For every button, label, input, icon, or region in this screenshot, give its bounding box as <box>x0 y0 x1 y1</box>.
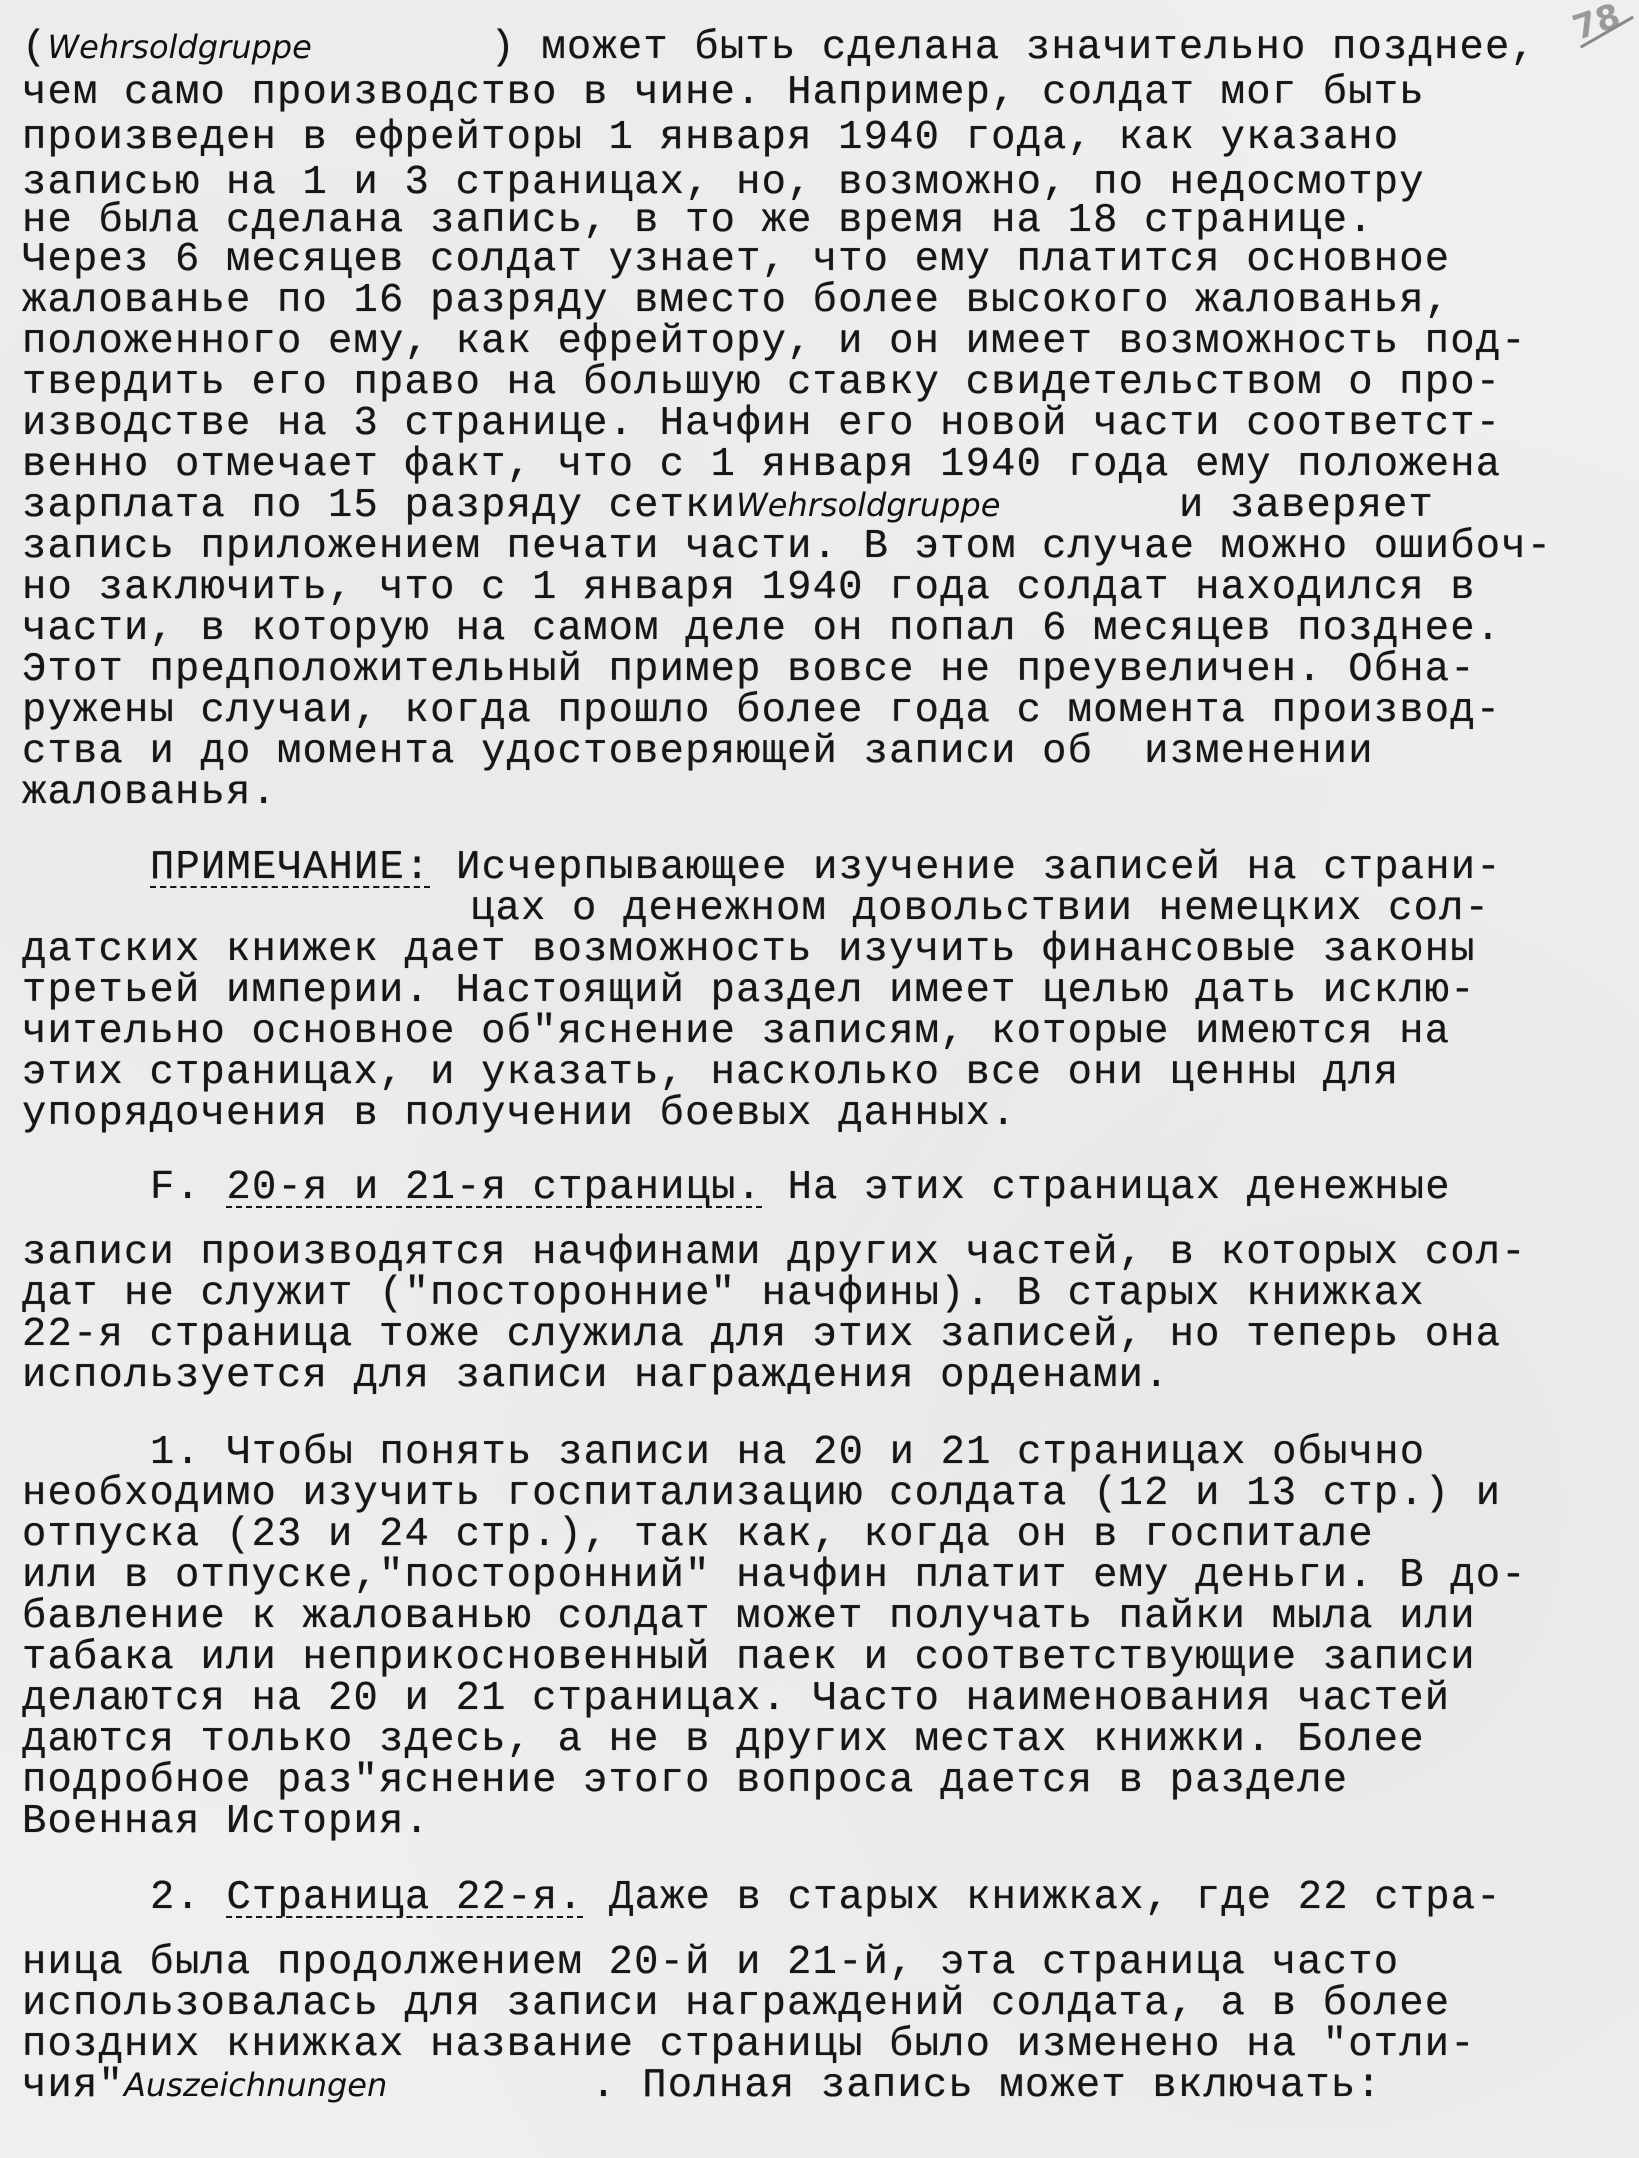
text-line: поздних книжках название страницы было и… <box>22 2025 1476 2066</box>
section-heading-line: F. 20-я и 21-я страницы. На этих страниц… <box>150 1168 1451 1209</box>
text-line: датских книжек дает возможность изучить … <box>22 930 1476 971</box>
text-line: необходимо изучить госпитализацию солдат… <box>22 1474 1501 1515</box>
note-label: ПРИМЕЧАНИЕ: <box>150 845 431 891</box>
text-line: третьей империи. Настоящий раздел имеет … <box>22 971 1476 1012</box>
text-line: венно отмечает факт, что с 1 января 1940… <box>22 445 1501 486</box>
text-line: используется для записи награждения орде… <box>22 1356 1170 1397</box>
text-line: даются только здесь, а не в других места… <box>22 1720 1425 1761</box>
item-number: 2. <box>150 1875 201 1921</box>
text-line: положенного ему, как ефрейтору, и он име… <box>22 322 1527 363</box>
text-line: цах о денежном довольствии немецких сол- <box>470 889 1490 930</box>
text-line: чем само производство в чине. Например, … <box>22 73 1425 114</box>
handwritten-insert: Auszeichnungen <box>124 2066 387 2104</box>
page-number-mark: 78 <box>1568 0 1639 63</box>
text-line: ства и до момента удостоверяющей записи … <box>22 732 1374 773</box>
typewritten-page: 78 (Wehrsoldgruppe ) может быть сделана … <box>0 0 1639 2158</box>
text-line: упорядочения в получении боевых данных. <box>22 1094 1017 1135</box>
text-line: этих страницах, и указать, насколько все… <box>22 1053 1399 1094</box>
text-line: или в отпуске,"посторонний" начфин плати… <box>22 1556 1527 1597</box>
text-line: чия"Auszeichnungen . Полная запись может… <box>22 2066 1382 2107</box>
text-line: дат не служит ("посторонние" начфины). В… <box>22 1274 1425 1315</box>
handwritten-insert: Wehrsoldgruppe <box>736 486 1000 524</box>
text-line: подробное раз"яснение этого вопроса дает… <box>22 1761 1348 1802</box>
text-line: произведен в ефрейторы 1 января 1940 год… <box>22 118 1399 159</box>
text-line: жалованье по 16 разряду вместо более выс… <box>22 281 1450 322</box>
text-line: отпуска (23 и 24 стр.), так как, когда о… <box>22 1515 1374 1556</box>
text-line: ница была продолжением 20-й и 21-й, эта … <box>22 1943 1399 1984</box>
text-line: 22-я страница тоже служила для этих запи… <box>22 1315 1501 1356</box>
text-line: не была сделана запись, в то же время на… <box>22 201 1374 242</box>
text-line: Через 6 месяцев солдат узнает, что ему п… <box>22 240 1450 281</box>
text-line: ружены случаи, когда прошло более года с… <box>22 691 1501 732</box>
text-line: части, в которую на самом деле он попал … <box>22 609 1501 650</box>
text-line: записи производятся начфинами других час… <box>22 1233 1527 1274</box>
text-line: использовалась для записи награждений со… <box>22 1984 1450 2025</box>
section-heading: Страница 22-я. <box>227 1875 584 1921</box>
section-heading: 20-я и 21-я страницы. <box>227 1165 763 1211</box>
text-line: 1. Чтобы понять записи на 20 и 21 страни… <box>150 1433 1425 1474</box>
text-line: Этот предположительный пример вовсе не п… <box>22 650 1476 691</box>
text-line: табака или неприкосновенный паек и соотв… <box>22 1638 1476 1679</box>
handwritten-insert: Wehrsoldgruppe <box>48 28 312 66</box>
text-line: изводстве на 3 странице. Начфин его ново… <box>22 404 1501 445</box>
text-line: зарплата по 15 разряду сеткиWehrsoldgrup… <box>22 486 1434 527</box>
text-line: бавление к жалованью солдат может получа… <box>22 1597 1476 1638</box>
text-line: чительно основное об"яснение записям, ко… <box>22 1012 1450 1053</box>
text-line: жалованья. <box>22 773 277 814</box>
text-line: твердить его право на большую ставку сви… <box>22 363 1501 404</box>
text-line: Военная История. <box>22 1802 430 1843</box>
text-line: делаются на 20 и 21 страницах. Часто наи… <box>22 1679 1450 1720</box>
text-line: ПРИМЕЧАНИЕ: Исчерпывающее изучение запис… <box>150 848 1502 889</box>
text-line: но заключить, что с 1 января 1940 года с… <box>22 568 1476 609</box>
section-marker: F. <box>150 1165 201 1211</box>
text-line: запись приложением печати части. В этом … <box>22 527 1552 568</box>
text-line: (Wehrsoldgruppe ) может быть сделана зна… <box>22 28 1536 69</box>
section-heading-line: 2. Страница 22-я. Даже в старых книжках,… <box>150 1878 1502 1919</box>
